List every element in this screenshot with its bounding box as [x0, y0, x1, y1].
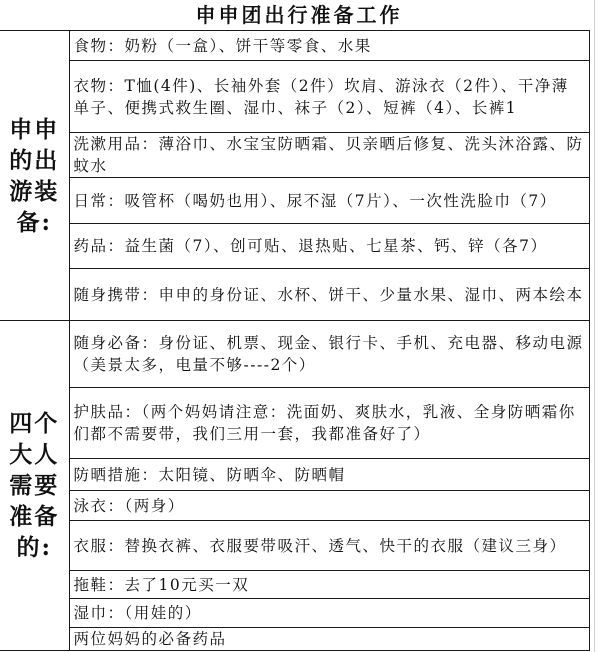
table-row: 两位妈妈的必备药品: [0, 628, 590, 651]
item-toiletries: 洗漱用品：薄浴巾、水宝宝防晒霜、贝亲晒后修复、洗头沐浴露、防蚊水: [69, 133, 590, 178]
group-label-line: 的:: [2, 532, 67, 563]
item-skincare: 护肤品：（两个妈妈请注意：洗面奶、爽肤水，乳液、全身防晒霜你们都不需要带，我们三…: [69, 388, 590, 459]
group-label-line: 需要: [2, 470, 67, 501]
item-wet-wipes: 湿巾：（用娃的）: [69, 599, 590, 628]
item-food: 食物：奶粉（一盒）、饼干等零食、水果: [69, 31, 590, 61]
item-mothers-medicine: 两位妈妈的必备药品: [69, 628, 590, 651]
preparation-table: 申申 的出 游装 备: 食物：奶粉（一盒）、饼干等零食、水果 衣物：T恤(4件)…: [0, 30, 590, 651]
item-sun-protection: 防晒措施：太阳镜、防晒伞、防晒帽: [69, 459, 590, 491]
page-edge-line: [594, 0, 595, 652]
table-row: 衣服：替换衣裤、衣服要带吸汗、透气、快干的衣服（建议三身）: [0, 521, 590, 571]
group-label-line: 游装: [2, 176, 67, 207]
table-row: 随身携带：申申的身份证、水杯、饼干、少量水果、湿巾、两本绘本: [0, 269, 590, 321]
group-label-line: 申申: [2, 114, 67, 145]
table-row: 泳衣：（两身）: [0, 491, 590, 521]
item-swimsuit: 泳衣：（两身）: [69, 491, 590, 521]
group-label-adults: 四个 大人 需要 准备 的:: [0, 321, 69, 651]
group-label-line: 的出: [2, 145, 67, 176]
item-slippers: 拖鞋：去了10元买一双: [69, 571, 590, 599]
table-row: 四个 大人 需要 准备 的: 随身必备：身份证、机票、现金、银行卡、手机、充电器…: [0, 321, 590, 388]
item-clothing: 衣物：T恤(4件)、长袖外套（2件）坎肩、游泳衣（2件）、干净薄单子、便携式救生…: [69, 61, 590, 133]
table-row: 洗漱用品：薄浴巾、水宝宝防晒霜、贝亲晒后修复、洗头沐浴露、防蚊水: [0, 133, 590, 178]
item-clothes: 衣服：替换衣裤、衣服要带吸汗、透气、快干的衣服（建议三身）: [69, 521, 590, 571]
table-row: 湿巾：（用娃的）: [0, 599, 590, 628]
table-row: 防晒措施：太阳镜、防晒伞、防晒帽: [0, 459, 590, 491]
group-label-line: 四个: [2, 408, 67, 439]
table-row: 护肤品：（两个妈妈请注意：洗面奶、爽肤水，乳液、全身防晒霜你们都不需要带，我们三…: [0, 388, 590, 459]
table-row: 衣物：T恤(4件)、长袖外套（2件）坎肩、游泳衣（2件）、干净薄单子、便携式救生…: [0, 61, 590, 133]
group-label-line: 准备: [2, 501, 67, 532]
group-label-line: 备:: [2, 207, 67, 238]
group-label-child-gear: 申申 的出 游装 备:: [0, 31, 69, 321]
item-carry-on: 随身携带：申申的身份证、水杯、饼干、少量水果、湿巾、两本绘本: [69, 269, 590, 321]
item-medicine: 药品：益生菌（7）、创可贴、退热贴、七星茶、钙、锌（各7）: [69, 224, 590, 269]
table-row: 药品：益生菌（7）、创可贴、退热贴、七星茶、钙、锌（各7）: [0, 224, 590, 269]
document-title: 申申团出行准备工作: [0, 0, 598, 30]
table-row: 拖鞋：去了10元买一双: [0, 571, 590, 599]
item-essentials: 随身必备：身份证、机票、现金、银行卡、手机、充电器、移动电源（美景太多，电量不够…: [69, 321, 590, 388]
table-row: 申申 的出 游装 备: 食物：奶粉（一盒）、饼干等零食、水果: [0, 31, 590, 61]
group-label-line: 大人: [2, 439, 67, 470]
item-daily: 日常：吸管杯（喝奶也用）、尿不湿（7片）、一次性洗脸巾（7）: [69, 178, 590, 224]
table-row: 日常：吸管杯（喝奶也用）、尿不湿（7片）、一次性洗脸巾（7）: [0, 178, 590, 224]
